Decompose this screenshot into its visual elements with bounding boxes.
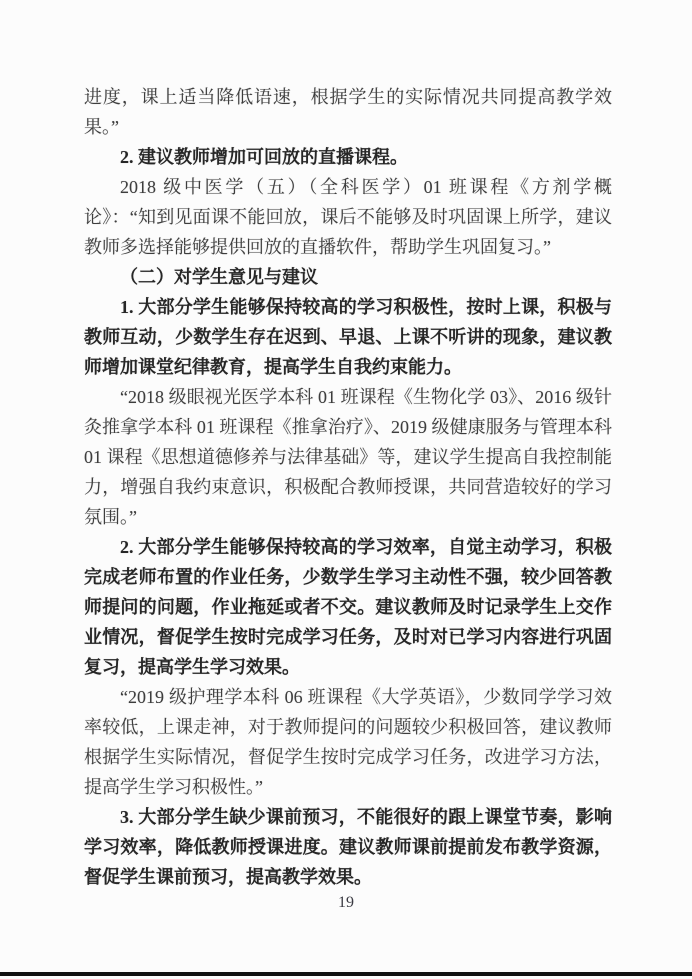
document-page: 进度，课上适当降低语速，根据学生的实际情况共同提高教学效果。” 2. 建议教师增… [0, 0, 692, 979]
para-course-example-fangjixue: 2018 级中医学（五）（全科医学）01 班课程《方剂学概论》：“知到见面课不能… [84, 172, 612, 262]
para-student-quote-2: “2019 级护理学本科 06 班课程《大学英语》，少数同学学习效率较低，上课走… [84, 682, 612, 802]
para-student-point-2: 2. 大部分学生能够保持较高的学习效率，自觉主动学习，积极完成老师布置的作业任务… [84, 532, 612, 682]
para-student-quote-1: “2018 级眼视光医学本科 01 班课程《生物化学 03》、2016 级针灸推… [84, 382, 612, 532]
para-quote-continuation: 进度，课上适当降低语速，根据学生的实际情况共同提高教学效果。” [84, 82, 612, 142]
para-student-point-1: 1. 大部分学生能够保持较高的学习积极性，按时上课，积极与教师互动，少数学生存在… [84, 292, 612, 382]
para-student-point-3: 3. 大部分学生缺少课前预习，不能很好的跟上课堂节奏，影响学习效率，降低教师授课… [84, 802, 612, 892]
para-section-heading-student-feedback: （二）对学生意见与建议 [84, 262, 612, 292]
document-body: 进度，课上适当降低语速，根据学生的实际情况共同提高教学效果。” 2. 建议教师增… [84, 82, 612, 892]
page-number: 19 [0, 893, 692, 913]
para-teacher-suggestion-2: 2. 建议教师增加可回放的直播课程。 [84, 142, 612, 172]
scan-bottom-edge-line [0, 972, 692, 976]
